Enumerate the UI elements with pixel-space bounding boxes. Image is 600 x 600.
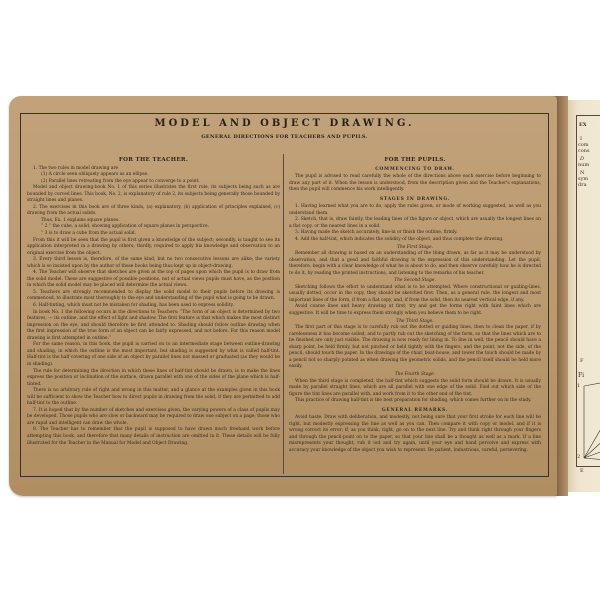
pupils-paragraph: The first part of this stage is to caref… bbox=[289, 325, 541, 371]
pupils-paragraph: This practice of drawing half-tint is th… bbox=[289, 398, 541, 405]
teacher-paragraph: The rule for determining the direction i… bbox=[27, 369, 280, 389]
pupils-paragraph: The pupil is advised to read carefully t… bbox=[289, 174, 541, 194]
teacher-body: 1. The two rules in model drawing are(1)… bbox=[27, 166, 280, 448]
teacher-paragraph: Model and object drawing-book No. 1 of t… bbox=[27, 185, 280, 205]
facing-page-fragment: F bbox=[580, 358, 583, 365]
pupils-body: COMMENCING TO DRAW.The pupil is advised … bbox=[289, 167, 541, 455]
pupils-paragraph: When the third stage is completed, the h… bbox=[289, 379, 541, 399]
pupils-column: FOR THE PUPILS. COMMENCING TO DRAW.The p… bbox=[289, 156, 541, 455]
facing-page-figure bbox=[578, 380, 600, 470]
pupils-paragraph: Remember all drawing is based on an unde… bbox=[289, 251, 541, 277]
facing-page-fragment: Fi bbox=[578, 372, 584, 379]
pupils-paragraph: Avoid coarse lines and heavy drawing at … bbox=[289, 304, 541, 317]
section-heading: GENERAL REMARKS. bbox=[289, 408, 541, 415]
facing-page-fragment: num bbox=[578, 162, 589, 169]
teacher-paragraph: 3. Every third lesson is, therefore, of … bbox=[27, 257, 280, 270]
teacher-paragraph: 2. The exercises in this book are of thr… bbox=[27, 205, 280, 218]
column-divider bbox=[283, 154, 284, 474]
page-frame: MODEL AND OBJECT DRAWING. GENERAL DIRECT… bbox=[20, 113, 549, 477]
facing-page-fragment: EX bbox=[579, 122, 587, 129]
facing-page-fragment: 1 bbox=[577, 383, 580, 390]
pupils-paragraph: 4. Add the half-tint, which indicates th… bbox=[289, 237, 541, 244]
facing-page-fragment: cons bbox=[578, 148, 590, 155]
page-title: MODEL AND OBJECT DRAWING. bbox=[21, 118, 548, 129]
teacher-paragraph: From this it will be seen that the pupil… bbox=[27, 238, 280, 258]
teacher-paragraph: 7. It is hoped that by the number of ske… bbox=[27, 408, 280, 428]
section-heading: STAGES IN DRAWING. bbox=[289, 197, 541, 204]
facing-page: EX I com cons D num N sym dra F Fi 1 2 E bbox=[566, 100, 600, 492]
pupils-heading: FOR THE PUPILS. bbox=[289, 157, 541, 164]
teacher-paragraph: 8. The Teacher has to remember that the … bbox=[27, 427, 280, 447]
teacher-paragraph: For the same reason, in this book, the p… bbox=[27, 342, 280, 368]
facing-page-fragment: dra bbox=[578, 182, 587, 189]
teacher-paragraph: There is no arbitrary rule of right and … bbox=[27, 388, 280, 408]
pupils-paragraph: 1. Having learned what you are to do, ap… bbox=[289, 204, 541, 217]
page-subtitle: GENERAL DIRECTIONS FOR TEACHERS AND PUPI… bbox=[21, 134, 548, 140]
pupils-paragraph: 2. Sketch, that is, draw faintly, the le… bbox=[289, 217, 541, 230]
teacher-paragraph: 5. Teachers are strongly recommended to … bbox=[27, 290, 280, 303]
teacher-heading: FOR THE TEACHER. bbox=[27, 157, 280, 164]
section-heading: COMMENCING TO DRAW. bbox=[289, 167, 541, 174]
facing-page-fragment: E bbox=[580, 468, 584, 475]
teacher-column: FOR THE TEACHER. 1. The two rules in mod… bbox=[27, 156, 280, 447]
teacher-paragraph: 4. The Teacher will observe that sketche… bbox=[27, 270, 280, 290]
pupils-paragraph: Avoid haste. Draw with deliberation, and… bbox=[289, 415, 541, 454]
pupils-paragraph: Sketching follows the effort to understa… bbox=[289, 285, 541, 305]
facing-page-fragment: 2 bbox=[577, 454, 580, 461]
teacher-paragraph: In book No. 1 the following occurs in th… bbox=[27, 310, 280, 343]
